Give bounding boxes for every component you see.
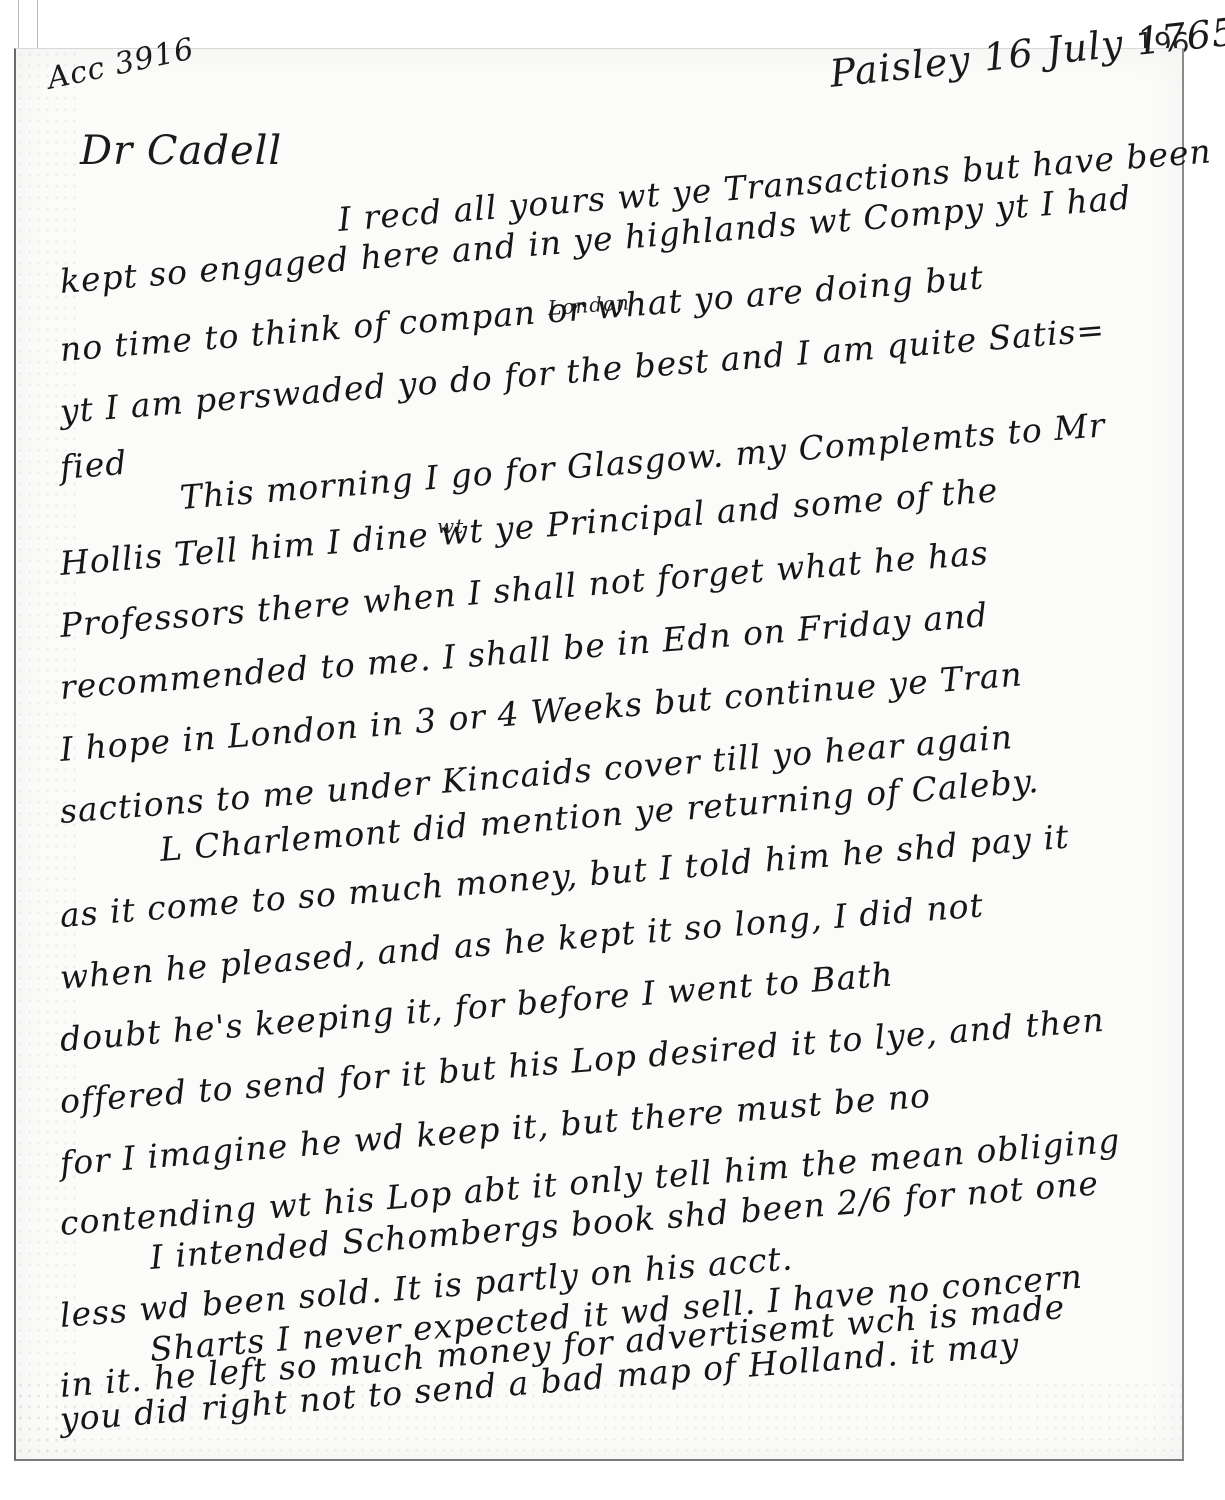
binding-tab-edge <box>18 0 38 48</box>
salutation: Dr Cadell <box>80 128 282 174</box>
letter-line-5: fied <box>58 443 128 487</box>
